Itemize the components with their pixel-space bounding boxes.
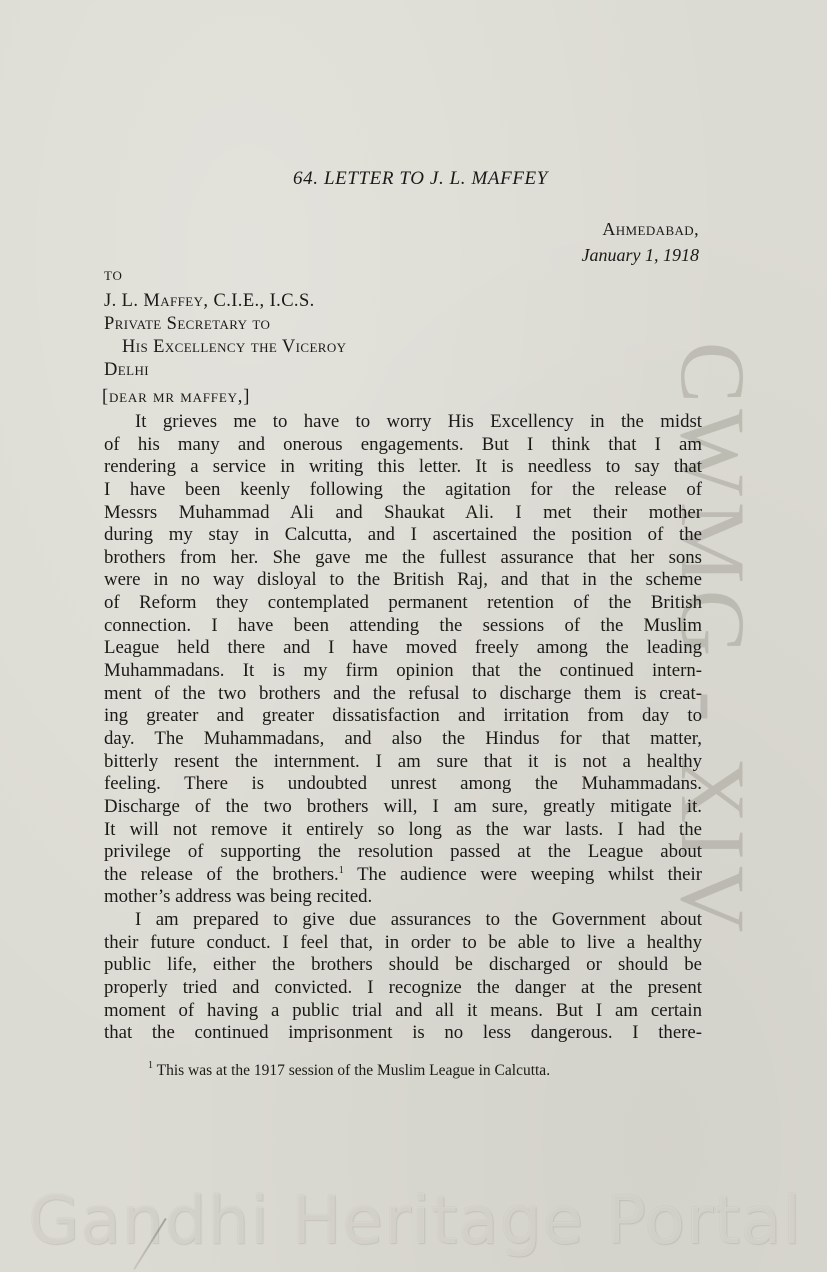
body-line-text: the release of the brothers. xyxy=(104,864,339,885)
letter-body: It grieves me to have to worry His Excel… xyxy=(104,411,702,1045)
body-line: privilege of supporting the resolution p… xyxy=(104,841,702,864)
body-line: Muhammadans. It is my firm opinion that … xyxy=(104,660,702,683)
document-page: CWMG - XIV 64. LETTER TO J. L. MAFFEY Ah… xyxy=(0,0,827,1272)
body-line: that the continued imprisonment is no le… xyxy=(104,1022,702,1045)
body-line: Discharge of the two brothers will, I am… xyxy=(104,796,702,819)
body-line: of his many and onerous engagements. But… xyxy=(104,434,702,457)
address-to: to xyxy=(104,266,346,286)
body-line: I have been keenly following the agitati… xyxy=(104,479,702,502)
body-line: day. The Muhammadans, and also the Hindu… xyxy=(104,728,702,751)
body-line: feeling. There is undoubted unrest among… xyxy=(104,773,702,796)
letter-title: 64. LETTER TO J. L. MAFFEY xyxy=(0,168,827,190)
salutation: [dear mr maffey,] xyxy=(102,387,250,408)
footnote-marker: 1 xyxy=(148,1060,153,1071)
body-line-with-footnote: the release of the brothers.1 The audien… xyxy=(104,864,702,887)
address-line: His Excellency the Viceroy xyxy=(104,336,346,359)
address-line: J. L. Maffey, C.I.E., I.C.S. xyxy=(104,290,346,313)
body-line: properly tried and convicted. I recogniz… xyxy=(104,977,702,1000)
body-line: I am prepared to give due assurances to … xyxy=(104,909,702,932)
body-line: brothers from her. She gave me the fulle… xyxy=(104,547,702,570)
footnote-text: This was at the 1917 session of the Musl… xyxy=(157,1062,550,1079)
body-line: mother’s address was being recited. xyxy=(104,886,702,909)
recipient-address: to J. L. Maffey, C.I.E., I.C.S. Private … xyxy=(104,266,346,382)
body-line: their future conduct. I feel that, in or… xyxy=(104,932,702,955)
body-line: rendering a service in writing this lett… xyxy=(104,456,702,479)
paper-crease-mark xyxy=(133,1218,166,1270)
body-line: bitterly resent the internment. I am sur… xyxy=(104,751,702,774)
body-line: were in no way disloyal to the British R… xyxy=(104,569,702,592)
gandhi-heritage-portal-watermark: Gandhi Heritage Portal xyxy=(10,1182,820,1259)
letter-place: Ahmedabad, xyxy=(582,216,699,242)
body-line: League held there and I have moved freel… xyxy=(104,637,702,660)
body-line: during my stay in Calcutta, and I ascert… xyxy=(104,524,702,547)
letter-date: January 1, 1918 xyxy=(582,242,699,268)
address-line: Private Secretary to xyxy=(104,313,346,336)
place-date-block: Ahmedabad, January 1, 1918 xyxy=(582,216,699,268)
body-line: public life, either the brothers should … xyxy=(104,954,702,977)
body-line: Messrs Muhammad Ali and Shaukat Ali. I m… xyxy=(104,502,702,525)
body-line: ing greater and greater dissatisfaction … xyxy=(104,705,702,728)
body-line: ment of the two brothers and the refusal… xyxy=(104,683,702,706)
body-line: connection. I have been attending the se… xyxy=(104,615,702,638)
body-line: of Reform they contemplated permanent re… xyxy=(104,592,702,615)
body-line: moment of having a public trial and all … xyxy=(104,1000,702,1023)
address-line: Delhi xyxy=(104,359,346,382)
body-line: It grieves me to have to worry His Excel… xyxy=(104,411,702,434)
body-line-text: The audience were weeping whilst their xyxy=(344,864,702,885)
body-line: It will not remove it entirely so long a… xyxy=(104,819,702,842)
footnote: 1 This was at the 1917 session of the Mu… xyxy=(148,1062,550,1080)
